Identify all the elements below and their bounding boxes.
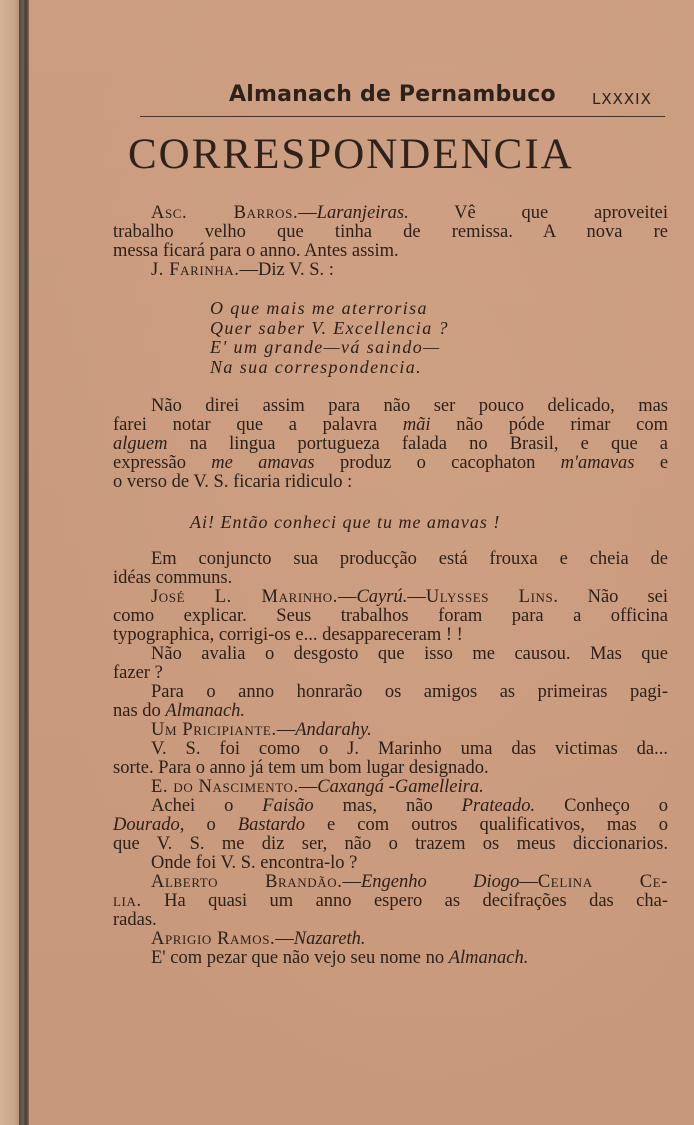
text-fragment: nas do <box>113 701 161 721</box>
text-fragment: Almanach. <box>165 701 245 721</box>
correspondent-place: Caxangá -Gamelleira. <box>317 777 483 797</box>
text-fragment: Faisão <box>262 796 313 816</box>
correspondent-place: Engenho Diogo <box>361 872 519 892</box>
poem-line: E' um grande—vá saindo— <box>210 338 449 358</box>
poem-line: Quer saber V. Excellencia ? <box>210 319 449 339</box>
text-fragment: Dourado, <box>113 815 184 835</box>
correspondent-name: Ulysses Lins. <box>426 587 559 607</box>
correspondent-name: J. Farinha. <box>151 260 240 280</box>
entry-principiante-line1: V. S. foi como o J. Marinho uma das vict… <box>151 740 668 759</box>
text-fragment: Conheço o <box>564 796 668 816</box>
correspondent-name: Celina Ce- <box>538 872 668 892</box>
text-fragment: Vê que aproveitei <box>454 203 668 223</box>
critique-line2: farei notar que a palavra mãi não póde r… <box>113 416 668 435</box>
text-fragment: produz o cacophaton <box>340 453 535 473</box>
text-fragment: Não sei <box>588 587 668 607</box>
entry-marinho-line6: Para o anno honrarão os amigos as primei… <box>151 683 668 702</box>
entry-brandao-line3: radas. <box>113 911 157 930</box>
text-fragment: farei notar que a palavra <box>113 415 377 435</box>
previous-page-edge <box>0 0 20 1125</box>
entry-principiante-line2: sorte. Para o anno já tem um bom lugar d… <box>113 759 489 778</box>
correspondent-place: Andarahy. <box>295 720 372 740</box>
poem-line: O que mais me aterrorisa <box>210 299 449 319</box>
text-fragment: e com outros qualificativos, mas o <box>327 815 668 835</box>
entry-principiante: Um Pricipiante.—Andarahy. <box>151 721 372 740</box>
entry-farinha: J. Farinha.—Diz V. S. : <box>151 261 334 280</box>
text-fragment: mãi <box>403 415 431 435</box>
text-fragment: mas, não <box>343 796 433 816</box>
entry-marinho-line7: nas do Almanach. <box>113 702 245 721</box>
correspondent-name: Um Pricipiante. <box>151 720 277 740</box>
section-title: CORRESPONDENCIA <box>128 130 574 179</box>
running-header: Almanach de Pernambuco LXXXIX <box>229 82 694 118</box>
correspondent-name: Aprigio Ramos. <box>151 929 275 949</box>
entry-marinho-line3: typographica, corrigi-os e... desapparec… <box>113 626 463 645</box>
text-fragment: não póde rimar com <box>456 415 668 435</box>
entry-nascimento-line1: Achei o Faisão mas, não Prateado. Conheç… <box>151 797 668 816</box>
quoted-verse: Ai! Então conheci que tu me amavas ! <box>190 512 500 533</box>
entry-marinho-line4: Não avalia o desgosto que isso me causou… <box>151 645 668 664</box>
correspondent-place: Cayrú. <box>356 587 407 607</box>
text-fragment: m'amavas <box>561 453 635 473</box>
text-fragment: Ha quasi um anno espero as decifrações d… <box>164 891 668 911</box>
text-fragment: Achei o <box>151 796 233 816</box>
text-fragment: o <box>207 815 216 835</box>
correspondent-name: lia. <box>113 891 142 911</box>
correspondent-name: E. do Nascimento. <box>151 777 299 797</box>
text-fragment: Bastardo <box>238 815 305 835</box>
text-fragment: expressão <box>113 453 186 473</box>
page-number: LXXXIX <box>592 90 652 108</box>
text-fragment: Prateado. <box>462 796 535 816</box>
entry-barros-line1: Asc. Barros.—Laranjeiras. Vê que aprovei… <box>113 204 668 223</box>
conjunto-line1: Em conjuncto sua producção está frouxa e… <box>151 550 668 569</box>
text-fragment: alguem <box>113 434 167 454</box>
correspondent-place: Nazareth. <box>294 929 366 949</box>
entry-marinho-line5: fazer ? <box>113 664 163 683</box>
entry-nascimento-line3: que V. S. me diz ser, não o trazem os me… <box>113 835 668 854</box>
text-fragment: E' com pezar que não vejo seu nome no <box>151 948 444 968</box>
text-fragment: —Diz V. S. : <box>240 260 334 280</box>
entry-barros-line2: trabalho velho que tinha de remissa. A n… <box>113 223 668 242</box>
text-fragment: me amavas <box>211 453 314 473</box>
entry-marinho-line2: como explicar. Seus trabalhos foram para… <box>113 607 668 626</box>
critique-line3: alguem na lingua portugueza falada no Br… <box>113 435 668 454</box>
correspondent-place: Laranjeiras. <box>317 203 409 223</box>
poem-line: Na sua correspondencia. <box>210 358 449 378</box>
entry-ramos: Aprigio Ramos.—Nazareth. <box>151 930 366 949</box>
entry-brandao-line2: lia. Ha quasi um anno espero as decifraç… <box>113 892 668 911</box>
correspondent-name: José L. Marinho. <box>151 587 338 607</box>
correspondent-name: Alberto Brandão. <box>151 872 342 892</box>
entry-marinho-line1: José L. Marinho.—Cayrú.—Ulysses Lins. Nã… <box>151 588 668 607</box>
text-fragment: e <box>660 453 668 473</box>
entry-ramos-line1: E' com pezar que não vejo seu nome no Al… <box>151 949 528 968</box>
critique-line5: o verso de V. S. ficaria ridiculo : <box>113 473 352 492</box>
quoted-poem: O que mais me aterrorisa Quer saber V. E… <box>210 299 449 377</box>
conjunto-line2: idéas communs. <box>113 569 232 588</box>
header-title: Almanach de Pernambuco <box>229 82 556 107</box>
entry-barros-line3: messa ficará para o anno. Antes assim. <box>113 242 399 261</box>
correspondent-name: Asc. Barros. <box>151 203 298 223</box>
header-rule <box>140 116 665 117</box>
entry-nascimento: E. do Nascimento.—Caxangá -Gamelleira. <box>151 778 484 797</box>
book-spine <box>19 0 29 1125</box>
entry-nascimento-line2: Dourado, o Bastardo e com outros qualifi… <box>113 816 668 835</box>
critique-line4: expressão me amavas produz o cacophaton … <box>113 454 668 473</box>
entry-brandao-line1: Alberto Brandão.—Engenho Diogo—Celina Ce… <box>151 873 668 892</box>
text-fragment: Almanach. <box>449 948 529 968</box>
critique-line1: Não direi assim para não ser pouco delic… <box>151 397 668 416</box>
text-fragment: na lingua portugueza falada no Brasil, e… <box>190 434 668 454</box>
entry-nascimento-line4: Onde foi V. S. encontra-lo ? <box>151 854 357 873</box>
